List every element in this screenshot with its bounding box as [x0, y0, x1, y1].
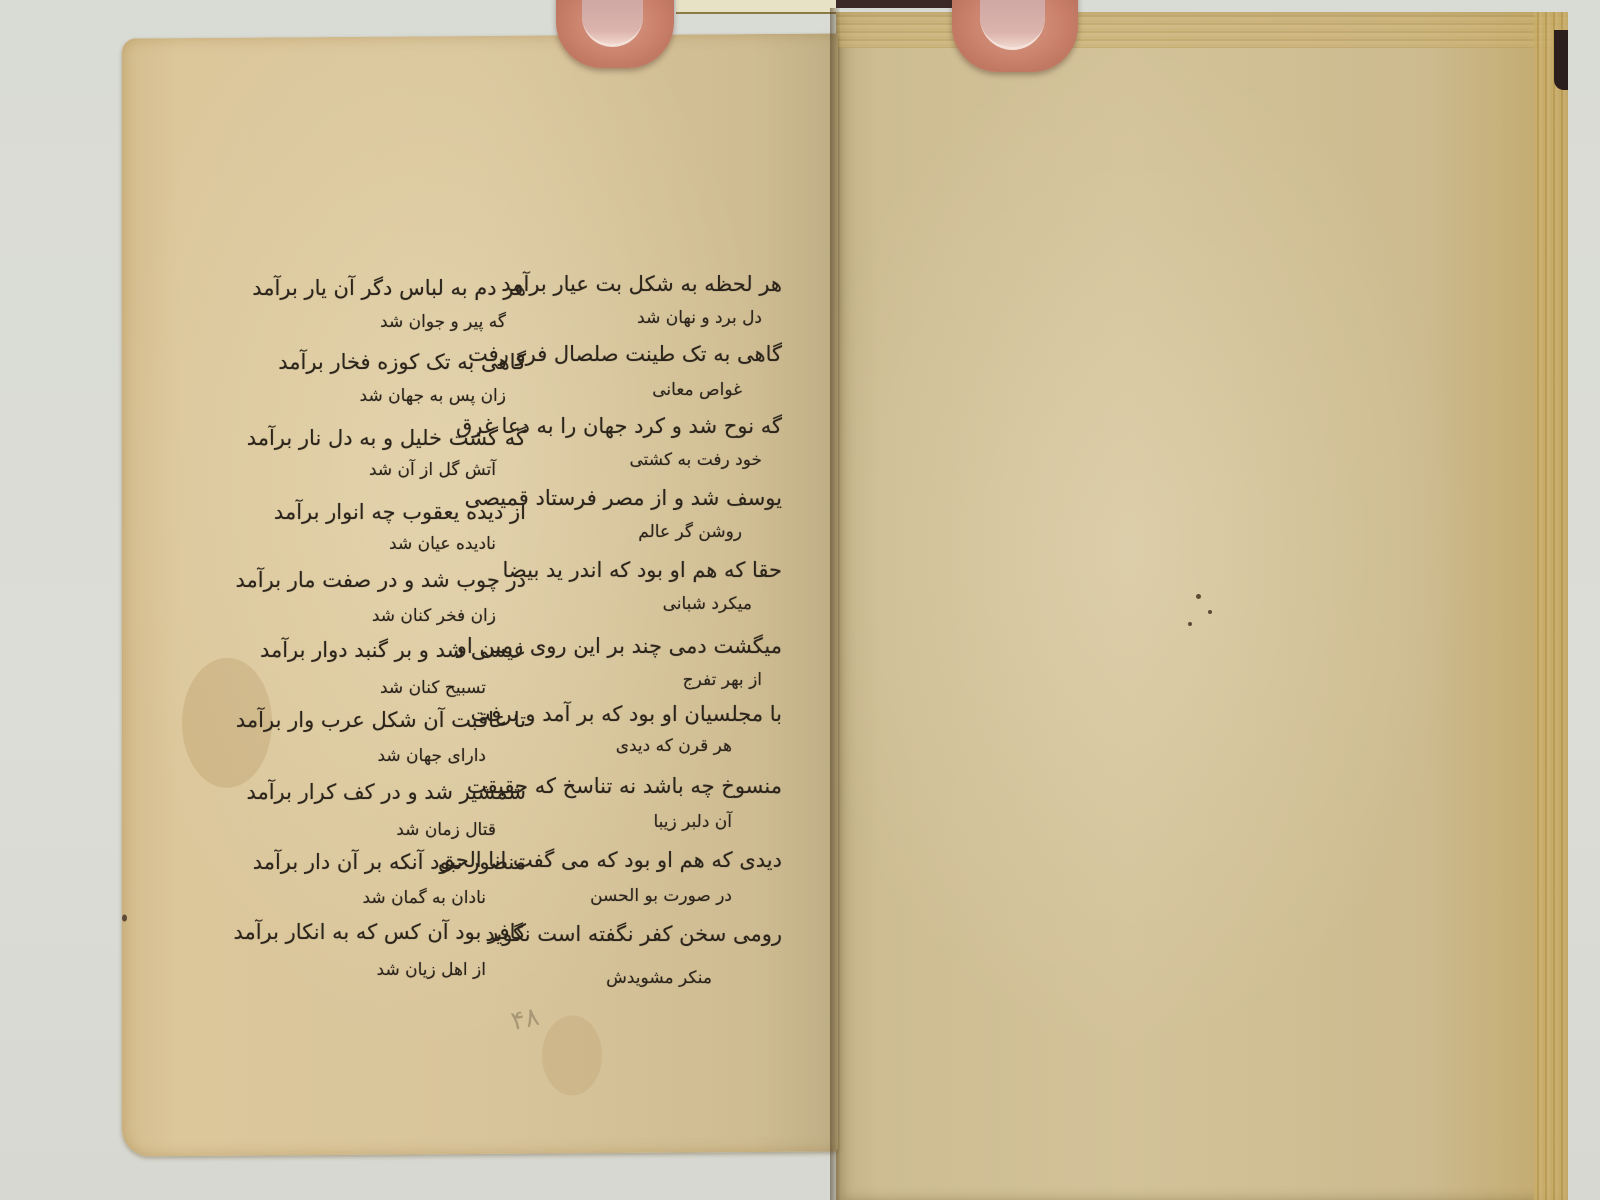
verse-line: تسبیح کنان شد [380, 678, 486, 698]
verse-line: خود رفت به کشتی [629, 450, 762, 470]
page-top-edge-strip [676, 0, 836, 14]
photo-scene: هر لحظه به شکل بت عیار برآمد دل برد و نه… [0, 0, 1600, 1200]
thumbnail [980, 0, 1046, 50]
verse-line: از اهل زیان شد [377, 960, 486, 980]
book-gutter [830, 8, 840, 1200]
paper-speck [1188, 622, 1192, 626]
verse-line: دارای جهان شد [377, 746, 486, 766]
verse-line: روشن گر عالم [638, 522, 742, 542]
verse-column-right: هر لحظه به شکل بت عیار برآمد دل برد و نه… [536, 258, 782, 1018]
verse-line: نادیده عیان شد [389, 534, 496, 554]
verse-line: عیسی شد و بر گنبد دوار برآمد [260, 638, 526, 662]
right-page-blank [836, 12, 1568, 1200]
verse-line: تا عاقبت آن شکل عرب وار برآمد [236, 708, 526, 732]
verse-line: شمشیر شد و در کف کرار برآمد [246, 780, 526, 804]
verse-line: منصور نبود آنکه بر آن دار برآمد [253, 850, 526, 874]
paper-speck [1208, 610, 1212, 614]
verse-line: غواص معانی [652, 380, 742, 400]
verse-line: در صورت بو الحسن [590, 886, 732, 906]
verse-line: گاهی به تک کوزه فخار برآمد [278, 350, 526, 374]
book-binding-corner [1554, 30, 1568, 90]
verse-line: آن دلبر زیبا [653, 812, 732, 832]
verse-line: از بهر تفرج [683, 670, 762, 690]
verse-line: دل برد و نهان شد [637, 308, 762, 328]
paper-speck [122, 914, 127, 921]
thumbnail [582, 0, 643, 47]
verse-line: گه گشت خلیل و به دل نار برآمد [247, 426, 526, 450]
verse-line: هر لحظه به شکل بت عیار برآمد [501, 272, 782, 296]
thumb-right [952, 0, 1078, 72]
paper-speck [1196, 594, 1201, 599]
verse-line: از دیده یعقوب چه انوار برآمد [274, 500, 526, 524]
verse-line: نادان به گمان شد [363, 888, 487, 908]
page-edge-top [836, 12, 1568, 48]
verse-line: هر قرن که دیدی [616, 736, 732, 756]
verse-line: حقا که هم او بود که اندر ید بیضا [503, 558, 783, 582]
verse-line: آتش گل از آن شد [369, 460, 496, 480]
page-edge-right [1534, 12, 1568, 1200]
verse-line: زان پس به جهان شد [360, 386, 506, 406]
verse-line: گه پیر و جوان شد [380, 312, 506, 332]
verse-line: هر دم به لباس دگر آن یار برآمد [252, 276, 526, 300]
verse-line: زان فخر کنان شد [372, 606, 496, 626]
verse-column-left: هر دم به لباس دگر آن یار برآمد گه پیر و … [304, 262, 526, 1002]
verse-line: کافر بود آن کس که به انکار برآمد [233, 920, 526, 944]
verse-line: قتال زمان شد [396, 820, 496, 840]
verse-line: میکرد شبانی [663, 594, 752, 614]
verse-line: رومی سخن کفر نگفته است نگوید [485, 922, 782, 946]
verse-line: در چوب شد و در صفت مار برآمد [236, 568, 526, 592]
thumb-left [556, 0, 674, 68]
verse-line: منکر مشویدش [606, 968, 712, 988]
